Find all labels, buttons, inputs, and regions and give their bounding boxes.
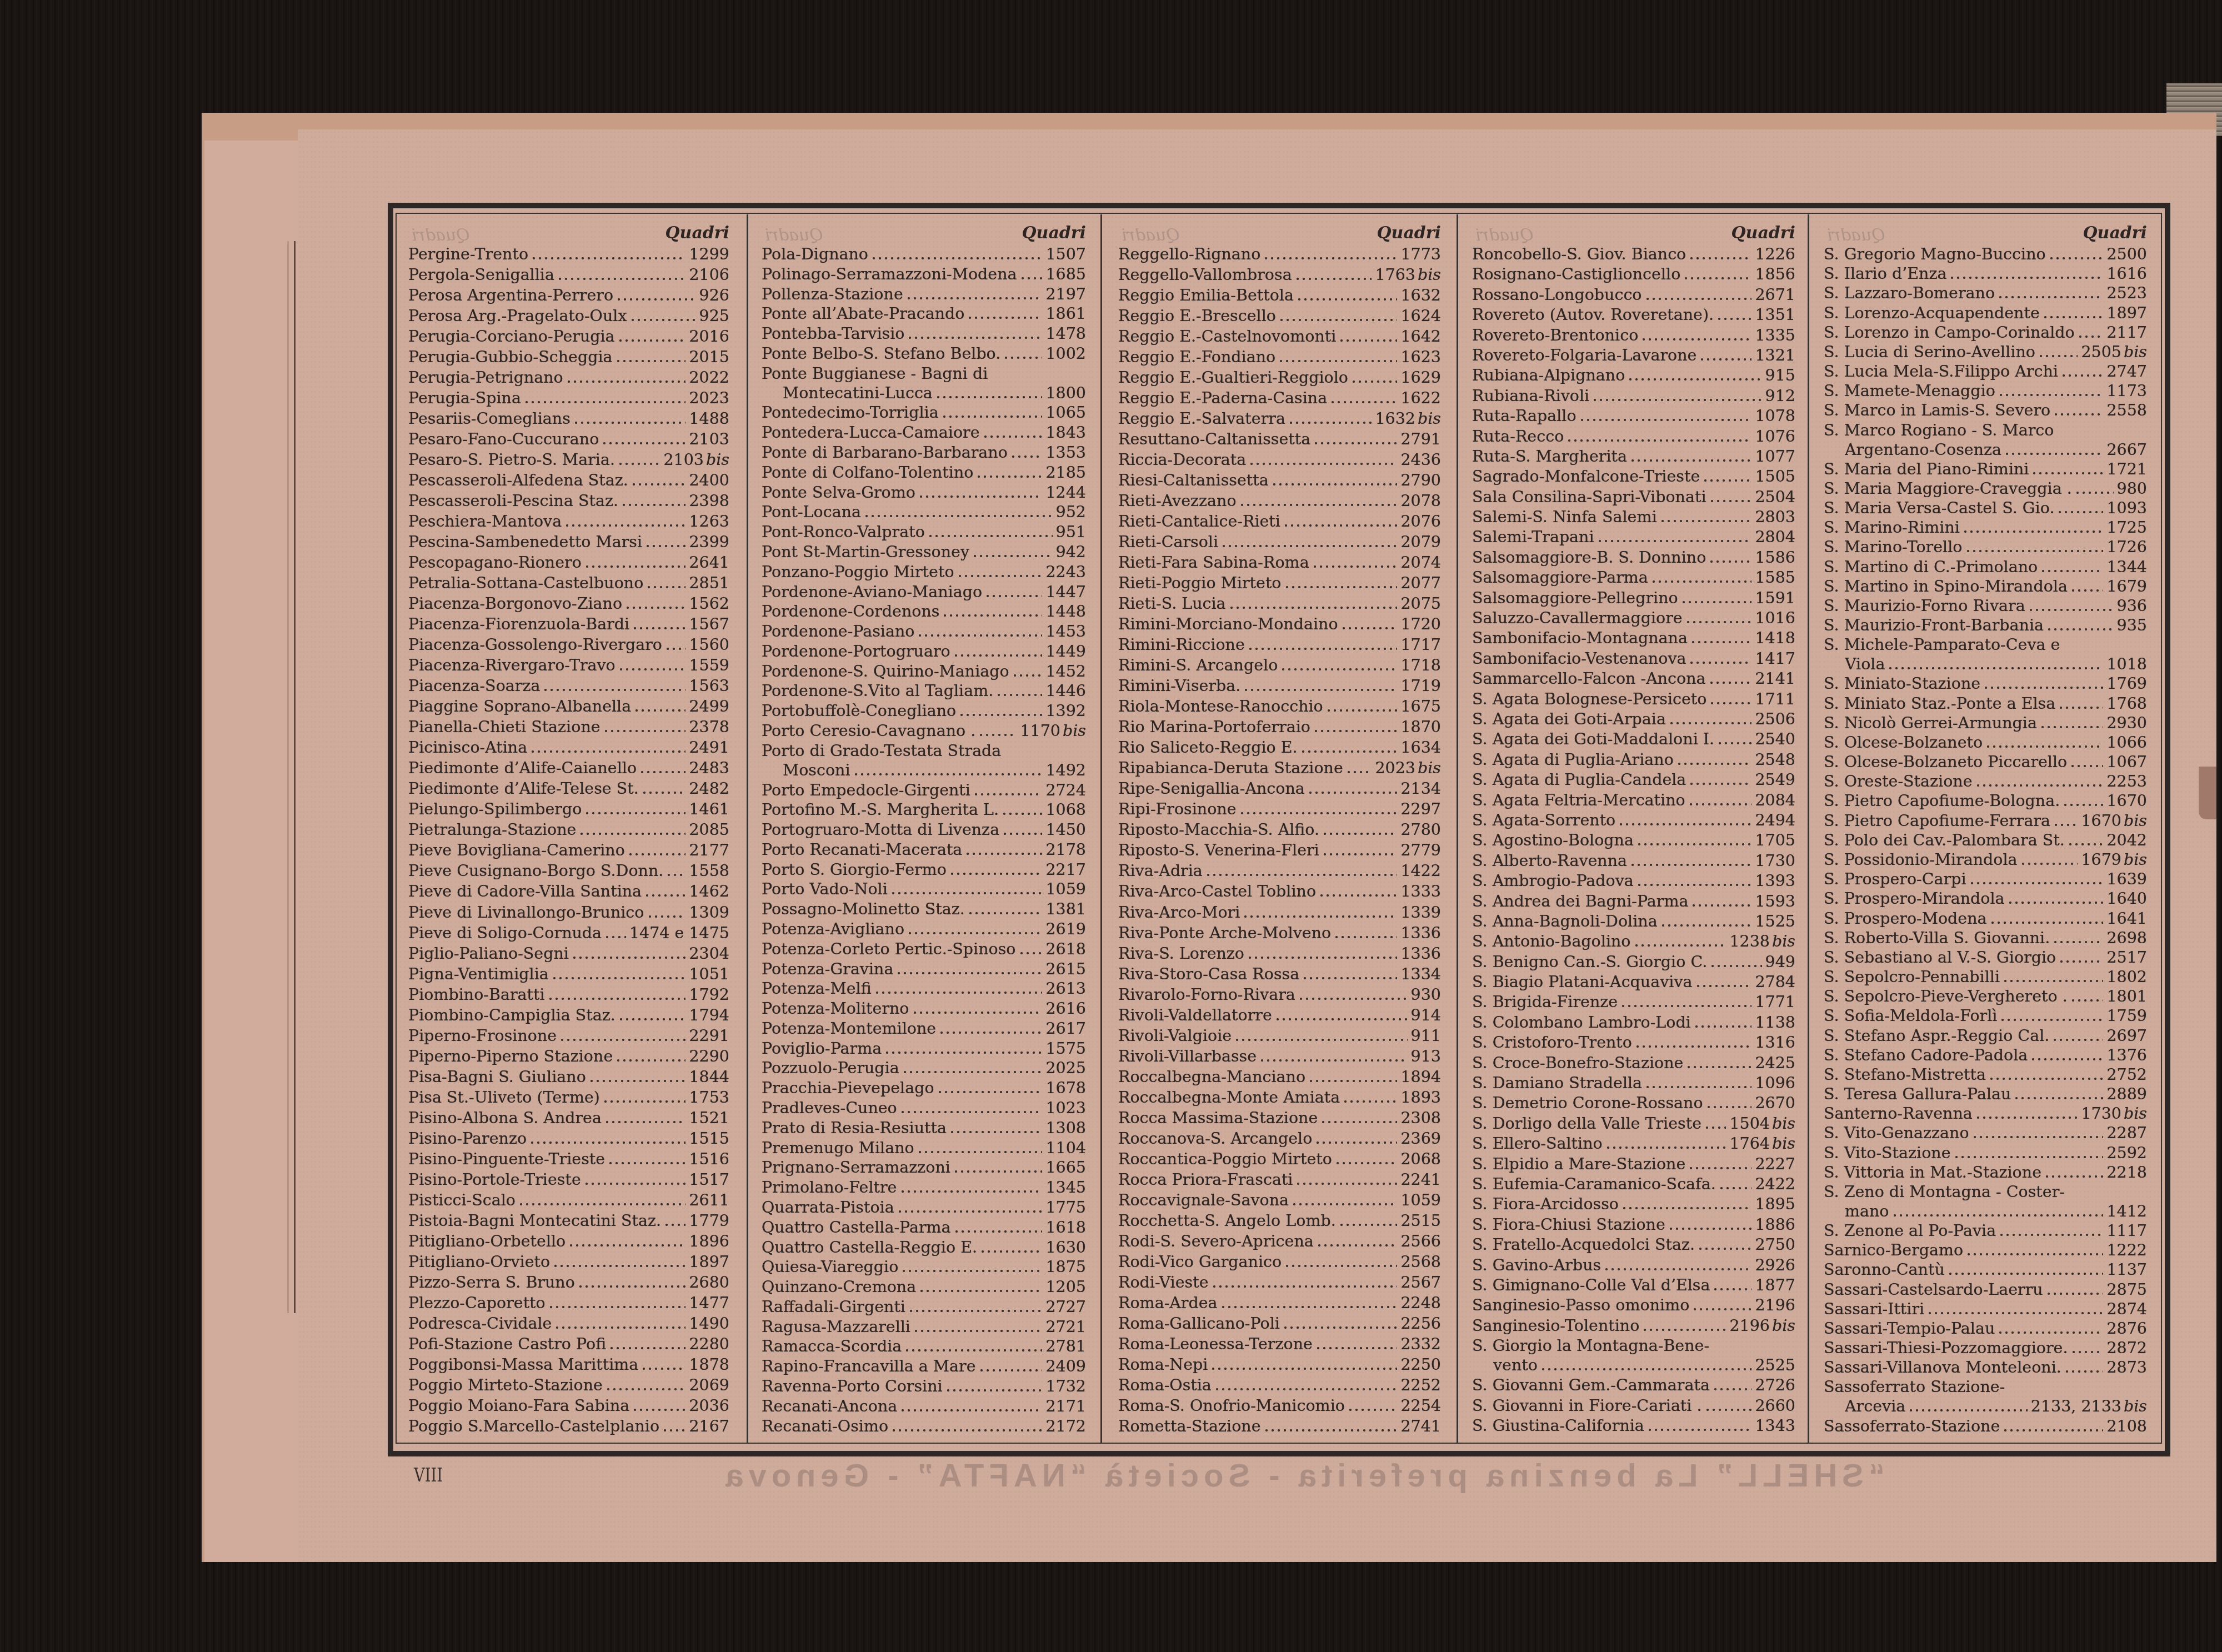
quadro-number-value: 1622 xyxy=(1400,389,1441,407)
index-entry: S. Maria del Piano-Rimini 1721 xyxy=(1824,459,2147,479)
quadro-suffix: bis xyxy=(2124,850,2147,869)
dot-leader xyxy=(1313,717,1397,737)
dot-leader xyxy=(1637,871,1752,890)
quadro-number-value: 2398 xyxy=(689,492,729,510)
entry-route-name: Rovereto-Brentonico xyxy=(1472,326,1638,345)
quadro-number-value: 1711 xyxy=(1755,690,1795,708)
dot-leader xyxy=(1972,1123,2104,1143)
quadro-number-value: 2876 xyxy=(2106,1319,2147,1338)
entry-quadro-number: 1065 xyxy=(1045,403,1086,422)
dot-leader xyxy=(1694,1013,1752,1032)
dot-leader xyxy=(603,1088,686,1107)
entry-continuation-line: Viola 1018 xyxy=(1824,654,2147,674)
quadro-suffix: bis xyxy=(706,450,729,469)
quadro-number-value: 1895 xyxy=(1755,1195,1795,1213)
index-entry: S. Maurizio-Front-Barbania 935 xyxy=(1824,615,2147,635)
entry-quadro-number: 2042 xyxy=(2106,830,2147,850)
quadro-number-value: 1705 xyxy=(1755,831,1795,849)
entry-quadro-number: 1333 xyxy=(1400,882,1441,901)
index-entry: S. Fratello-Acquedolci Staz. 2750 xyxy=(1472,1235,1795,1254)
index-entry: Portobuffolè-Conegliano 1392 xyxy=(762,701,1086,720)
quadro-number-value: 1321 xyxy=(1755,346,1795,364)
entry-route-name: Recanati-Osimo xyxy=(762,1416,888,1436)
index-entry: Riva-Adria 1422 xyxy=(1118,861,1441,880)
quadro-suffix: bis xyxy=(1772,932,1795,950)
dot-leader xyxy=(985,582,1042,602)
entry-quadro-number: 1447 xyxy=(1045,582,1086,602)
entry-quadro-number: 1753 xyxy=(689,1088,729,1107)
quadro-number-value: 1618 xyxy=(1045,1218,1086,1237)
entry-quadro-number: 1059 xyxy=(1045,879,1086,899)
quadro-number-value: 2103 xyxy=(689,430,729,448)
quadro-number-value: 1753 xyxy=(689,1088,729,1107)
index-entry: Roccalbegna-Manciano 1894 xyxy=(1118,1067,1441,1087)
quadro-number-value: 2078 xyxy=(1400,492,1441,510)
entry-quadro-number: 1515 xyxy=(689,1129,729,1148)
entry-quadro-number: 1560 xyxy=(689,635,729,654)
quadro-number-value: 1679 xyxy=(2081,850,2121,869)
entry-quadro-number: 1461 xyxy=(689,799,729,819)
index-entry: Rodi-Vico Garganico 2568 xyxy=(1118,1252,1441,1271)
dot-leader xyxy=(1709,548,1751,567)
dot-leader xyxy=(1272,470,1398,490)
entry-route-name: Roma-Ostia xyxy=(1118,1375,1212,1395)
index-entry: Pergine-Trento 1299 xyxy=(408,244,729,264)
index-entry: Rieti-Poggio Mirteto 2077 xyxy=(1118,573,1441,593)
entry-quadro-number: 1670 xyxy=(2106,791,2147,810)
entry-route-name-continuation: Mosconi xyxy=(783,760,850,780)
dot-leader xyxy=(608,1149,685,1169)
entry-quadro-number: 2023 xyxy=(689,388,729,408)
entry-quadro-number: 935 xyxy=(2117,615,2147,635)
dot-leader xyxy=(634,697,685,716)
entry-quadro-number: 1623 xyxy=(1400,347,1441,367)
entry-quadro-number: 2133, 2133bis xyxy=(2031,1396,2147,1416)
dot-leader xyxy=(548,1293,686,1313)
quadro-number-value: 1450 xyxy=(1045,820,1086,839)
index-entry: S. Marco in Lamis-S. Severo 2558 xyxy=(1824,401,2147,420)
quadro-number-value: 2804 xyxy=(1755,528,1795,546)
quadro-number-value: 2079 xyxy=(1400,533,1441,551)
entry-route-name: Ponte Buggianese - Bagni di xyxy=(762,364,988,383)
entry-quadro-number: 1641 xyxy=(2106,909,2147,928)
entry-quadro-number: 2252 xyxy=(1400,1375,1441,1395)
index-entry: Potenza-Moliterno 2616 xyxy=(762,999,1086,1018)
entry-quadro-number: 2540 xyxy=(1755,729,1795,749)
entry-route-name: S. Possidonio-Mirandola xyxy=(1824,850,2018,869)
entry-quadro-number: 1844 xyxy=(689,1067,729,1087)
index-entry: Potenza-Corleto Pertic.-Spinoso 2618 xyxy=(762,939,1086,959)
page-flap xyxy=(204,141,298,1562)
entry-quadro-number: 1711 xyxy=(1755,689,1795,709)
index-entry: Roma-Ardea 2248 xyxy=(1118,1293,1441,1313)
quadro-number-value: 1446 xyxy=(1045,682,1086,700)
quadro-number-value: 2369 xyxy=(1400,1129,1441,1148)
index-entry: Riva-Arco-Mori 1339 xyxy=(1118,903,1441,922)
entry-quadro-number: 1521 xyxy=(689,1108,729,1128)
entry-quadro-number: 2248 xyxy=(1400,1293,1441,1313)
entry-quadro-number: 2697 xyxy=(2106,1026,2147,1045)
entry-quadro-number: 1725 xyxy=(2106,518,2147,537)
quadro-number-value: 2613 xyxy=(1045,979,1086,998)
entry-route-name: Pola-Dignano xyxy=(762,244,868,264)
index-entry-two-line: S. Marco Rogiano - S. Marco Argentano-Co… xyxy=(1824,420,2147,459)
entry-quadro-number: 2398 xyxy=(689,491,729,510)
quadro-number-value: 2218 xyxy=(2106,1163,2147,1182)
dot-leader xyxy=(1630,851,1751,870)
dot-leader xyxy=(1703,467,1751,486)
index-entry: S. Agata di Puglia-Ariano 2548 xyxy=(1472,750,1795,769)
entry-quadro-number: 2727 xyxy=(1045,1297,1086,1316)
index-entry: Sassari-Thiesi-Pozzomaggiore. 2872 xyxy=(1824,1338,2147,1358)
index-entry: Sammarcello-Falcon -Ancona 2141 xyxy=(1472,669,1795,688)
entry-quadro-number: 2085 xyxy=(689,820,729,839)
entry-quadro-number: 2784 xyxy=(1755,972,1795,992)
index-entry: S. Sepolcro-Pieve-Verghereto . 1801 xyxy=(1824,987,2147,1006)
entry-quadro-number: 1679bis xyxy=(2081,850,2147,869)
entry-quadro-number: 1507 xyxy=(1045,244,1086,264)
dot-leader xyxy=(605,1375,686,1395)
index-entry: Pordenone-S.Vito al Tagliam. 1446 xyxy=(762,681,1086,700)
entry-route-name: S. Marco in Lamis-S. Severo xyxy=(1824,401,2050,420)
quadro-number-value: 912 xyxy=(1765,387,1795,405)
dot-leader xyxy=(530,738,685,757)
entry-quadro-number: 1018 xyxy=(2106,654,2147,674)
quadro-suffix: bis xyxy=(1772,1134,1795,1153)
index-entry: Potenza-Gravina 2615 xyxy=(762,959,1086,979)
index-entry: Reggello-Rignano 1773 xyxy=(1118,244,1441,264)
quadro-number-value: 1567 xyxy=(689,615,729,633)
dot-leader xyxy=(646,573,685,593)
index-entry: Reggio E.-Gualtieri-Reggiolo 1629 xyxy=(1118,368,1441,387)
dot-leader xyxy=(2061,362,2104,381)
quadro-number-value: 2616 xyxy=(1045,999,1086,1018)
index-entry: S. Fiora-Arcidosso 1895 xyxy=(1472,1194,1795,1214)
dot-leader xyxy=(1295,265,1372,284)
entry-route-name: S. Nicolò Gerrei-Armungia xyxy=(1824,713,2037,733)
entry-route-name: S. Giovanni Gem.-Cammarata xyxy=(1472,1375,1710,1395)
entry-route-name: S. Sepolcro-Pieve-Verghereto . xyxy=(1824,987,2068,1006)
dot-leader xyxy=(1319,882,1397,901)
dot-leader xyxy=(1618,810,1751,830)
entry-quadro-number: 1336 xyxy=(1400,923,1441,943)
entry-route-name: S. Ellero-Saltino xyxy=(1472,1134,1603,1153)
entry-route-name: Quattro Castella-Parma xyxy=(762,1218,951,1237)
index-entry: Rodi-Vieste 2567 xyxy=(1118,1273,1441,1292)
binding-notch xyxy=(2199,767,2216,819)
dot-leader xyxy=(2008,889,2104,908)
entry-quadro-number: 1861 xyxy=(1045,304,1086,323)
entry-route-name: Ponte all’Abate-Pracando xyxy=(762,304,964,323)
entry-route-name: S. Agata dei Goti-Maddaloni I. xyxy=(1472,729,1714,749)
quadro-number-value: 1417 xyxy=(1755,649,1795,668)
entry-route-name: S. Gregorio Magno-Buccino xyxy=(1824,244,2046,264)
quadro-number-value: 1137 xyxy=(2106,1260,2147,1279)
quadro-number-value: 1616 xyxy=(2106,264,2147,283)
index-entry: Rivoli-Villarbasse 913 xyxy=(1118,1047,1441,1066)
index-entry: Pisino-Parenzo 1515 xyxy=(408,1129,729,1148)
dot-leader xyxy=(902,1058,1043,1078)
dot-leader xyxy=(1695,972,1752,992)
quadro-number-value: 942 xyxy=(1056,543,1086,561)
dot-leader xyxy=(917,1138,1043,1158)
entry-quadro-number: 1720 xyxy=(1400,614,1441,634)
dot-leader xyxy=(664,1211,685,1230)
quadro-number-value: 1675 xyxy=(1400,697,1441,715)
quadro-number-value: 2250 xyxy=(1400,1355,1441,1374)
index-entry: Rieti-Cantalice-Rieti 2076 xyxy=(1118,512,1441,531)
entry-route-name: Riccia-Decorata xyxy=(1118,450,1246,469)
entry-quadro-number: 936 xyxy=(2117,596,2147,615)
index-entry: Quattro Castella-Reggio E. 1630 xyxy=(762,1238,1086,1257)
entry-route-name: Pesaro-Fano-Cuccurano xyxy=(408,429,599,449)
entry-route-name: Riposto-S. Venerina-Fleri xyxy=(1118,840,1319,860)
dot-leader xyxy=(1716,305,1751,324)
entry-quadro-number: 2523 xyxy=(2106,283,2147,303)
entry-route-name: S. Eufemia-Caramanico-Scafa. xyxy=(1472,1174,1716,1194)
entry-quadro-number: 1685 xyxy=(1045,264,1086,284)
dot-leader xyxy=(644,882,685,901)
index-entry: Roccalbegna-Monte Amiata 1893 xyxy=(1118,1088,1441,1107)
dot-leader xyxy=(1312,553,1398,572)
index-entry: Salsomaggiore-B. S. Donnino 1586 xyxy=(1472,548,1795,567)
entry-route-name: Ponte di Colfano-Tolentino xyxy=(762,463,973,482)
entry-first-line: Sassoferrato Stazione- xyxy=(1824,1377,2147,1396)
dot-leader xyxy=(913,1317,1042,1336)
entry-quadro-number: 1077 xyxy=(1755,447,1795,466)
quadro-number-value: 2253 xyxy=(2106,772,2147,790)
entry-quadro-number: 2103 xyxy=(689,429,729,449)
entry-quadro-number: 1336 xyxy=(1400,944,1441,963)
entry-route-name: Pitigliano-Orbetello xyxy=(408,1232,565,1251)
entry-quadro-number: 1353 xyxy=(1045,443,1086,462)
dot-leader xyxy=(897,1198,1043,1217)
entry-quadro-number: 1051 xyxy=(689,964,729,984)
quadro-number-value: 1897 xyxy=(689,1253,729,1271)
quadro-number-value: 1521 xyxy=(689,1109,729,1127)
quadro-number-value: 1078 xyxy=(1755,407,1795,425)
dot-leader xyxy=(1592,386,1761,406)
dot-leader xyxy=(1249,450,1397,469)
entry-route-name: Resuttano-Caltanissetta xyxy=(1118,429,1310,449)
dot-leader xyxy=(604,923,626,943)
dot-leader xyxy=(618,327,686,346)
index-entry: Sala Consilina-Sapri-Vibonati 2504 xyxy=(1472,487,1795,507)
index-entry: S. Martino di C.-Primolano 1344 xyxy=(1824,557,2147,577)
index-entry: S. Vito-Stazione 2592 xyxy=(1824,1143,2147,1163)
entry-route-name: Perugia-Gubbio-Scheggia xyxy=(408,347,613,367)
dot-leader xyxy=(2014,1084,2103,1104)
dot-leader xyxy=(2064,1358,2104,1377)
quadro-number-value: 2025 xyxy=(1045,1059,1086,1077)
entry-quadro-number: 1417 xyxy=(1755,649,1795,668)
quadro-number-value: 1630 xyxy=(1045,1238,1086,1256)
entry-quadro-number: 2106 xyxy=(689,265,729,284)
quadro-number-value: 2297 xyxy=(1400,800,1441,818)
entry-route-name: Sassari-Thiesi-Pozzomaggiore. xyxy=(1824,1338,2068,1358)
entry-quadro-number: 1670bis xyxy=(2081,811,2147,830)
dot-leader xyxy=(1948,1260,2104,1279)
entry-route-name: Poviglio-Parma xyxy=(762,1039,882,1058)
entry-list: S. Gregorio Magno-Buccino 2500 S. Ilario… xyxy=(1824,244,2147,1436)
bleedthrough-header: Quadri xyxy=(765,226,823,246)
quadro-number-value: 2227 xyxy=(1755,1155,1795,1173)
quadro-number-value: 1093 xyxy=(2106,499,2147,517)
index-entry: S. Stefano Aspr.-Reggio Cal. 2697 xyxy=(1824,1026,2147,1045)
entry-route-name: Pont St-Martin-Gressoney xyxy=(762,542,969,562)
entry-quadro-number: 1462 xyxy=(689,882,729,901)
dot-leader xyxy=(1998,381,2104,401)
entry-quadro-number: 2069 xyxy=(689,1375,729,1395)
entry-route-name: Prignano-Serramazzoni xyxy=(762,1158,950,1177)
quadro-number-value: 2256 xyxy=(1400,1314,1441,1333)
dot-leader xyxy=(2046,1280,2104,1299)
entry-quadro-number: 1078 xyxy=(1755,406,1795,425)
dot-leader xyxy=(1283,512,1398,531)
entry-quadro-number: 1478 xyxy=(1045,324,1086,343)
dot-leader xyxy=(639,758,685,778)
entry-route-name: Pesariis-Comeglians xyxy=(408,409,570,428)
quadro-number-value: 2436 xyxy=(1400,450,1441,469)
entry-list: Reggello-Rignano 1773 Reggello-Vallombro… xyxy=(1118,244,1441,1436)
entry-route-name: Picinisco-Atina xyxy=(408,738,527,757)
quadro-number-value: 2074 xyxy=(1400,553,1441,572)
quadro-number-value: 1477 xyxy=(689,1294,729,1312)
dot-leader xyxy=(2038,342,2078,362)
index-entry: S. Damiano Stradella 1096 xyxy=(1472,1073,1795,1093)
dot-leader xyxy=(2075,479,2114,498)
dot-leader xyxy=(953,642,1043,661)
quadro-number-value: 1771 xyxy=(1755,993,1795,1011)
entry-quadro-number: 1559 xyxy=(689,655,729,675)
quadro-number-value: 2500 xyxy=(2106,245,2147,263)
entry-route-name: Quarrata-Pistoia xyxy=(762,1198,894,1217)
dot-leader xyxy=(907,919,1042,939)
entry-quadro-number: 2505bis xyxy=(2081,342,2147,362)
dot-leader xyxy=(2028,596,2114,615)
quadro-number-value: 1381 xyxy=(1045,900,1086,918)
index-entry: Ponte di Barbarano-Barbarano 1353 xyxy=(762,443,1086,462)
entry-quadro-number: 2197 xyxy=(1045,284,1086,304)
quadro-number-value: 2069 xyxy=(689,1376,729,1394)
index-entry: S. Brigida-Firenze 1771 xyxy=(1472,992,1795,1012)
quadro-number-value: 2780 xyxy=(1400,820,1441,839)
entry-quadro-number: 1563 xyxy=(689,676,729,695)
entry-route-name: S. Prospero-Modena xyxy=(1824,909,1987,928)
quadro-number-value: 1492 xyxy=(1045,761,1086,779)
dot-leader xyxy=(1248,635,1398,654)
index-entry: S. Sofia-Meldola-Forlì 1759 xyxy=(1824,1006,2147,1025)
quadro-number-value: 913 xyxy=(1411,1047,1441,1065)
dot-leader xyxy=(632,614,685,634)
quadro-number-value: 1562 xyxy=(689,594,729,613)
entry-route-name: Ponte Selva-Gromo xyxy=(762,483,915,502)
index-entry: Petralia-Sottana-Castelbuono 2851 xyxy=(408,573,729,593)
index-entry: Salemi-Trapani 2804 xyxy=(1472,527,1795,547)
entry-route-name: Sammarcello-Falcon -Ancona xyxy=(1472,669,1706,688)
index-entry: Riva-S. Lorenzo 1336 xyxy=(1118,944,1441,963)
dot-leader xyxy=(884,1039,1042,1058)
quadro-number-value: 2422 xyxy=(1755,1175,1795,1193)
entry-route-name: Sanginesio-Passo omonimo xyxy=(1472,1295,1689,1315)
quadro-number-value: 930 xyxy=(1411,985,1441,1004)
index-entry: Portofino M.-S. Margherita L. 1068 xyxy=(762,800,1086,819)
entry-route-name: Piedimonte d’Alife-Telese St. xyxy=(408,779,639,798)
entry-route-name: S. Elpidio a Mare-Stazione xyxy=(1472,1154,1685,1174)
quadro-number-value: 1764 xyxy=(1729,1134,1770,1153)
entry-quadro-number: 2667 xyxy=(2106,440,2147,459)
entry-route-name: Sassoferrato-Stazione xyxy=(1824,1416,2000,1436)
index-entry: Porto Ceresio-Cavagnano . 1170bis xyxy=(762,721,1086,740)
entry-quadro-number: 1779 xyxy=(689,1211,729,1230)
index-entry: Rieti-S. Lucia 2075 xyxy=(1118,594,1441,613)
entry-quadro-number: 2369 xyxy=(1400,1129,1441,1148)
quadro-number-value: 2196 xyxy=(1755,1296,1795,1314)
dot-leader xyxy=(665,635,685,654)
entry-quadro-number: 2790 xyxy=(1400,470,1441,490)
entry-quadro-number: 1422 xyxy=(1400,861,1441,880)
quadro-number-value: 1452 xyxy=(1045,662,1086,680)
index-entry: Ruta-S. Margherita 1077 xyxy=(1472,447,1795,466)
entry-route-name: Perugia-Petrignano xyxy=(408,368,563,387)
entry-route-name: S. Polo dei Cav.-Palombara St. xyxy=(1824,830,2065,850)
entry-quadro-number: 2780 xyxy=(1400,820,1441,839)
quadro-number-value: 2075 xyxy=(1400,594,1441,613)
dot-leader xyxy=(968,899,1043,919)
entry-quadro-number: 1800 xyxy=(1045,383,1086,403)
dot-leader xyxy=(1668,1215,1752,1234)
dot-leader xyxy=(2068,830,2104,850)
entry-quadro-number: 1897 xyxy=(689,1252,729,1271)
entry-quadro-number: 2378 xyxy=(689,717,729,737)
quadro-number-value: 915 xyxy=(1765,366,1795,384)
entry-quadro-number: 2308 xyxy=(1400,1108,1441,1128)
dot-leader xyxy=(907,324,1042,343)
entry-quadro-number: 2084 xyxy=(1755,790,1795,810)
dot-leader xyxy=(603,717,686,737)
quadro-number-value: 914 xyxy=(1411,1006,1441,1024)
entry-route-name: Podresca-Cividale xyxy=(408,1314,552,1333)
dot-leader xyxy=(1647,1416,1752,1435)
index-entry: Ponte Selva-Gromo 1244 xyxy=(762,483,1086,502)
index-entry: Rieti-Fara Sabina-Roma 2074 xyxy=(1118,553,1441,572)
entry-quadro-number: 2873 xyxy=(2106,1358,2147,1377)
entry-quadro-number: 2075 xyxy=(1400,594,1441,613)
quadro-number-value: 1875 xyxy=(1045,1258,1086,1276)
entry-quadro-number: 2525 xyxy=(1755,1355,1795,1375)
entry-route-name: Potenza-Avigliano xyxy=(762,919,904,939)
dot-leader xyxy=(1010,443,1043,462)
index-entry: Piedimonte d’Alife-Caianello 2483 xyxy=(408,758,729,778)
entry-quadro-number: 2332 xyxy=(1400,1334,1441,1354)
column-divider xyxy=(1100,214,1102,1443)
index-entry: S. Demetrio Corone-Rossano 2670 xyxy=(1472,1093,1795,1113)
entry-continuation-line: Montecatini-Lucca 1800 xyxy=(762,383,1086,403)
dot-leader xyxy=(1634,932,1726,951)
entry-continuation-line: vento 2525 xyxy=(1472,1355,1795,1375)
dot-leader xyxy=(1243,903,1397,922)
entry-route-name: Piombino-Baratti xyxy=(408,985,545,1004)
entry-quadro-number: 1593 xyxy=(1755,892,1795,911)
index-entry: Sassari-Tempio-Palau 2876 xyxy=(1824,1319,2147,1338)
entry-quadro-number: 1316 xyxy=(1755,1033,1795,1052)
index-entry: S. Gavino-Arbus 2926 xyxy=(1472,1255,1795,1275)
quadro-number-value: 1856 xyxy=(1755,265,1795,283)
entry-quadro-number: 1878 xyxy=(689,1355,729,1374)
entry-route-name: Pisticci-Scalo xyxy=(408,1190,516,1210)
entry-quadro-number: 1640 xyxy=(2106,889,2147,908)
entry-route-name: Riesi-Caltanissetta xyxy=(1118,470,1269,490)
